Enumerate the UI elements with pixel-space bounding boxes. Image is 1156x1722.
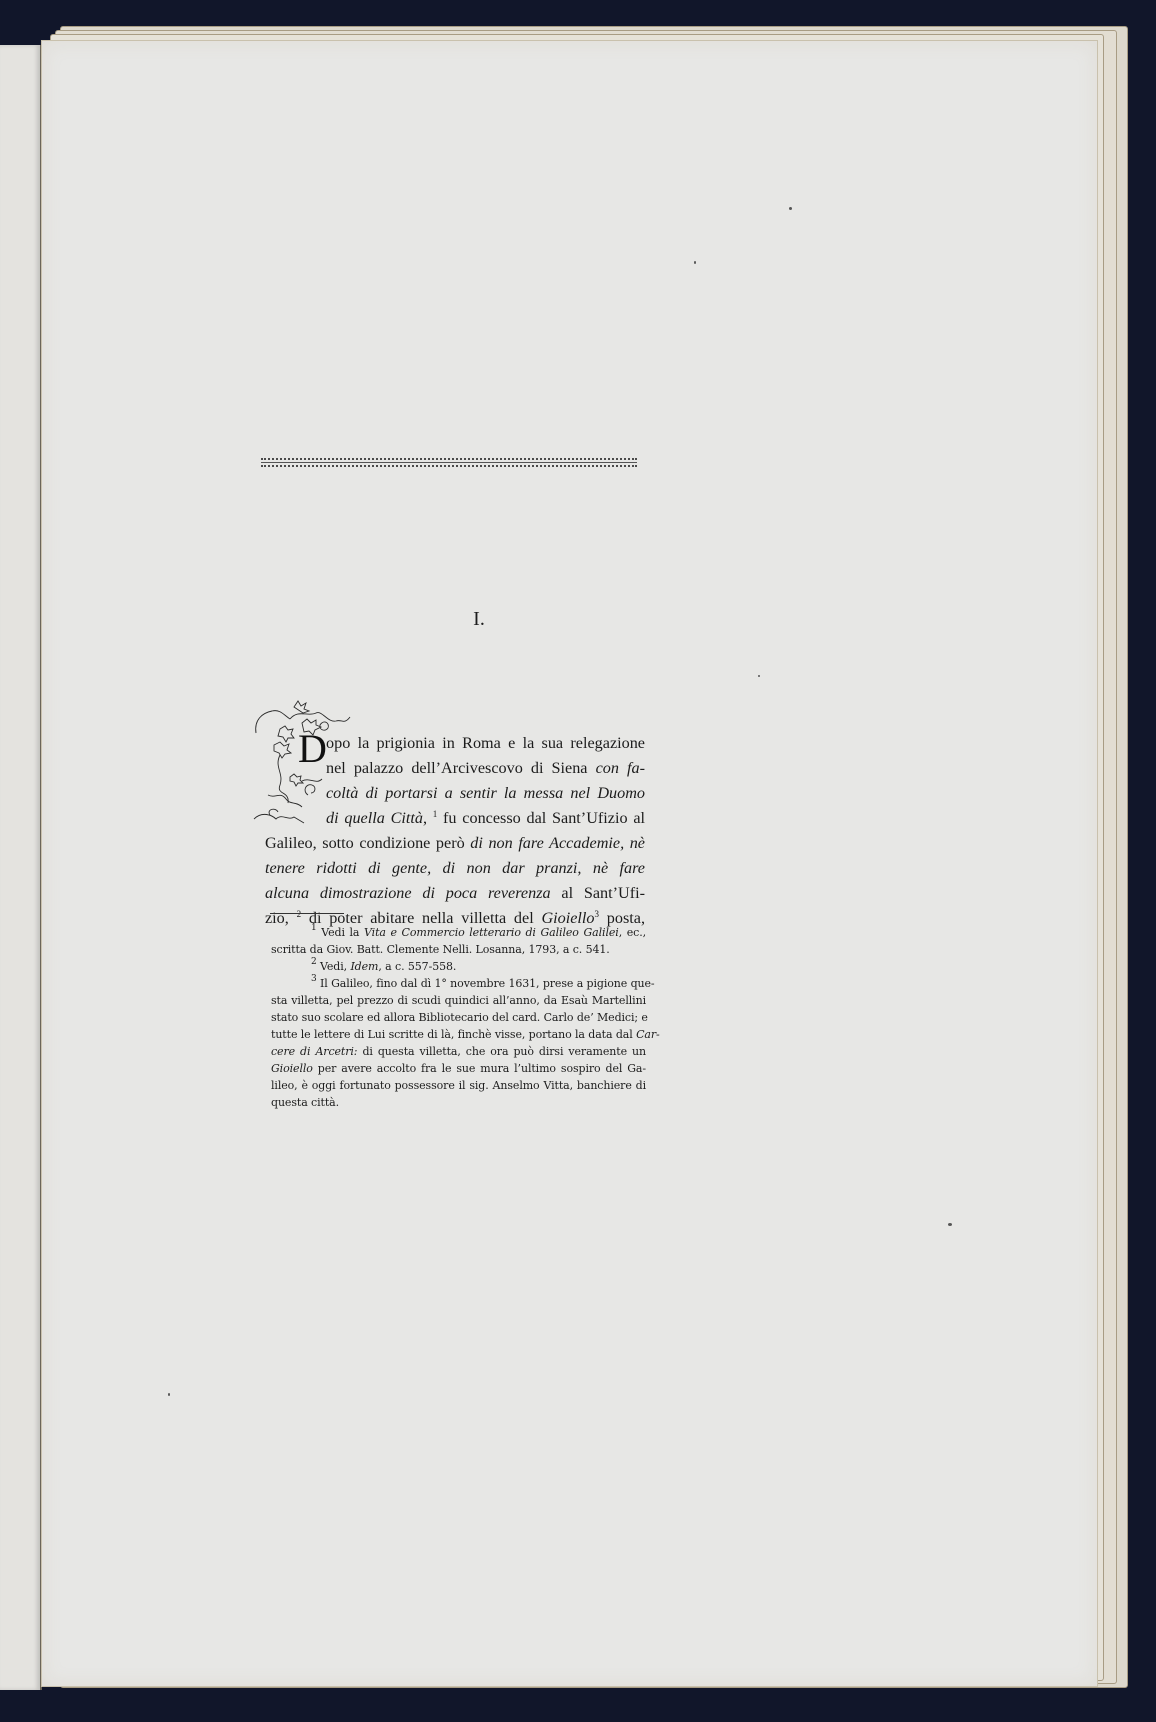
text-run: coltà di portarsi a sentir la messa nel … xyxy=(326,784,645,802)
text-run: di non fare Accademie, nè xyxy=(470,834,645,852)
body-line: coltà di portarsi a sentir la messa nel … xyxy=(265,781,645,806)
solid-rule xyxy=(261,462,637,463)
footnote-line: stato suo scolare ed allora Bibliotecari… xyxy=(271,1009,646,1026)
text-run: fu concesso dal Sant’Ufizio al xyxy=(437,809,645,827)
footnotes: 1 Vedi la Vita e Commercio letterario di… xyxy=(271,924,646,1111)
text-run: Vedi la xyxy=(317,926,364,939)
dotted-rule xyxy=(261,458,637,460)
text-run: sta villetta, pel prezzo di scudi quindi… xyxy=(271,994,646,1007)
body-line: tenere ridotti di gente, di non dar pran… xyxy=(265,856,645,881)
footnote: 1 Vedi la Vita e Commercio letterario di… xyxy=(271,924,646,958)
footnote: 3 Il Galileo, fino dal dì 1° novembre 16… xyxy=(271,975,646,1111)
text-run: stato suo scolare ed allora Bibliotecari… xyxy=(271,1011,648,1024)
chapter-header-rule xyxy=(261,458,637,467)
text-run: di quella Città xyxy=(326,809,423,827)
body-line: alcuna dimostrazione di poca reverenza a… xyxy=(265,881,645,906)
footnote-line: sta villetta, pel prezzo di scudi quindi… xyxy=(271,992,646,1009)
footnote-separator xyxy=(270,913,344,914)
chapter-numeral-text: I. xyxy=(473,608,485,630)
text-run: tutte le lettere di Lui scritte di là, f… xyxy=(271,1028,636,1041)
chapter-numeral: I. xyxy=(0,608,1156,631)
paper-speck xyxy=(758,675,760,677)
text-run: Galileo, sotto condizione però xyxy=(265,834,470,852)
footnote-line: 1 Vedi la Vita e Commercio letterario di… xyxy=(271,924,646,941)
text-run: di questa villetta, che ora può dirsi ve… xyxy=(357,1045,646,1058)
footnote-line: scritta da Giov. Batt. Clemente Nelli. L… xyxy=(271,941,646,958)
text-run: al Sant’Ufi- xyxy=(551,884,645,902)
text-run: con fa- xyxy=(596,759,645,777)
body-line: di quella Città, 1 fu concesso dal Sant’… xyxy=(265,806,645,831)
text-run: alcuna dimostrazione di poca reverenza xyxy=(265,884,551,902)
footnote-line: questa città. xyxy=(271,1094,646,1111)
text-run: Idem xyxy=(350,960,378,973)
footnote-line: lileo, è oggi fortunato possessore il si… xyxy=(271,1077,646,1094)
text-run: Il Galileo, fino dal dì 1° novembre 1631… xyxy=(317,977,655,990)
text-run: , xyxy=(423,809,433,827)
body-line: nel palazzo dell’Arcivescovo di Siena co… xyxy=(265,756,645,781)
body-line: Galileo, sotto condizione però di non fa… xyxy=(265,831,645,856)
text-run: cere di Arcetri: xyxy=(271,1045,357,1058)
paper-speck xyxy=(168,1393,170,1396)
text-run: questa città. xyxy=(271,1096,339,1109)
body-line: opo la prigionia in Roma e la sua relega… xyxy=(265,731,645,756)
text-run: opo la prigionia in Roma e la sua relega… xyxy=(326,734,645,752)
paper-speck xyxy=(789,207,792,210)
text-run: nel palazzo dell’Arcivescovo di Siena xyxy=(326,759,596,777)
text-run: per avere accolto fra le sue mura l’ulti… xyxy=(313,1062,646,1075)
text-run: , ec., xyxy=(619,926,646,939)
footnote-line: 2 Vedi, Idem, a c. 557-558. xyxy=(271,958,646,975)
footnote-line: tutte le lettere di Lui scritte di là, f… xyxy=(271,1026,646,1043)
footnote-line: cere di Arcetri: di questa villetta, che… xyxy=(271,1043,646,1060)
text-run: scritta da Giov. Batt. Clemente Nelli. L… xyxy=(271,943,610,956)
footnote-line: 3 Il Galileo, fino dal dì 1° novembre 16… xyxy=(271,975,646,992)
paper-speck xyxy=(694,261,696,264)
body-paragraph: opo la prigionia in Roma e la sua relega… xyxy=(265,731,645,931)
text-run: Car- xyxy=(636,1028,660,1041)
text-run: , a c. 557-558. xyxy=(378,960,456,973)
paper-speck xyxy=(948,1223,952,1226)
footnote-line: Gioiello per avere accolto fra le sue mu… xyxy=(271,1060,646,1077)
dotted-rule xyxy=(261,465,637,467)
text-run: lileo, è oggi fortunato possessore il si… xyxy=(271,1079,646,1092)
text-run: Gioiello xyxy=(271,1062,313,1075)
facing-page-edge xyxy=(0,45,42,1690)
text-run: tenere ridotti di gente, di non dar pran… xyxy=(265,859,645,877)
text-run: Vita e Commercio letterario di Galileo G… xyxy=(364,926,619,939)
footnote: 2 Vedi, Idem, a c. 557-558. xyxy=(271,958,646,975)
text-run: Vedi, xyxy=(317,960,351,973)
